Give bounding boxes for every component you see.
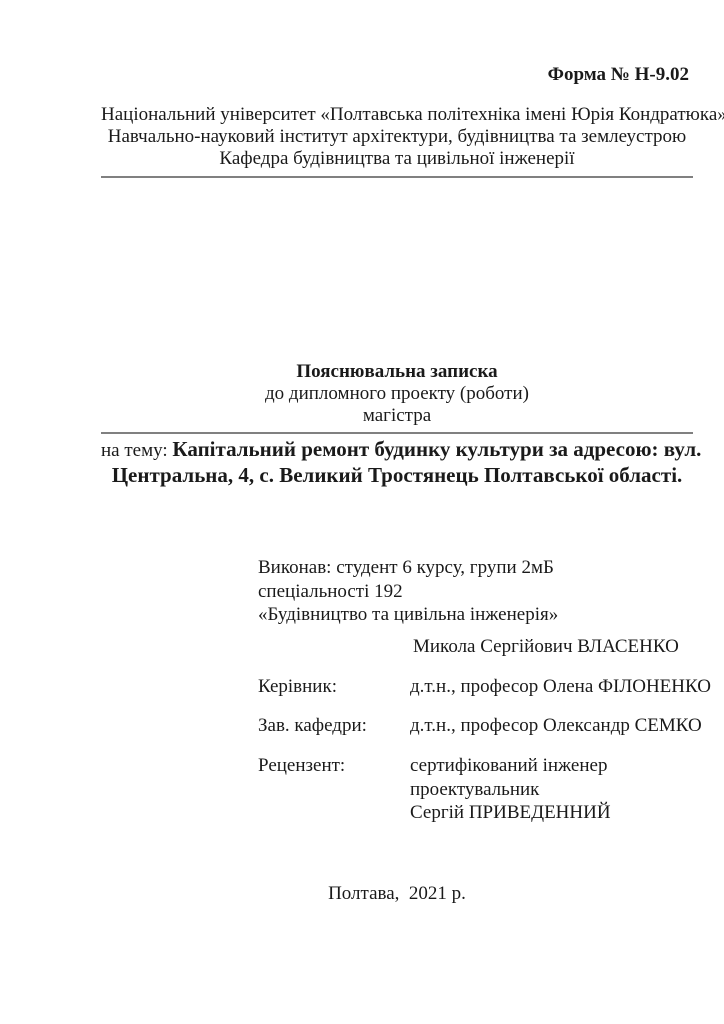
topic-title-part-1: Капітальний ремонт будинку культури за а…	[172, 437, 701, 461]
place-and-year: Полтава, 2021 р.	[101, 883, 693, 905]
department-head-label: Зав. кафедри:	[258, 714, 410, 738]
reviewer-label: Рецензент:	[258, 754, 410, 778]
university-name: Національний університет «Полтавська пол…	[101, 104, 693, 126]
executor-line-3: «Будівництво та цивільна інженерія»	[258, 603, 558, 627]
department-head-value: д.т.н., професор Олександр СЕМКО	[410, 714, 702, 738]
executor-line-1: Виконав: студент 6 курсу, групи 2мБ	[258, 556, 558, 580]
supervisor-label: Керівник:	[258, 675, 410, 699]
student-name: Микола Сергійович ВЛАСЕНКО	[413, 636, 679, 658]
signatory-row-reviewer: Рецензент: сертифікований інженерпроекту…	[258, 754, 611, 825]
document-type-block: Пояснювальна записка до дипломного проек…	[101, 361, 693, 434]
supervisor-value: д.т.н., професор Олена ФІЛОНЕНКО	[410, 675, 711, 699]
topic-title-part-2: Центральна, 4, с. Великий Тростянець Пол…	[101, 463, 693, 488]
signatory-row-supervisor: Керівник: д.т.н., професор Олена ФІЛОНЕН…	[258, 675, 711, 699]
document-title-section: Пояснювальна записка до дипломного проек…	[101, 361, 693, 488]
institute-name: Навчально-науковий інститут архітектури,…	[101, 126, 693, 148]
executor-block: Виконав: студент 6 курсу, групи 2мБ спец…	[258, 556, 558, 627]
executor-line-2: спеціальності 192	[258, 580, 558, 604]
reviewer-value: сертифікований інженерпроектувальникСерг…	[410, 754, 611, 825]
topic-line-1: на тему: Капітальний ремонт будинку куль…	[101, 437, 693, 463]
document-subtype: до дипломного проекту (роботи)	[101, 383, 693, 405]
degree-level: магістра	[101, 405, 693, 427]
topic-block: на тему: Капітальний ремонт будинку куль…	[101, 434, 693, 488]
department-name: Кафедра будівництва та цивільної інженер…	[101, 148, 693, 170]
title-page: Форма № Н-9.02 Національний університет …	[0, 0, 724, 1024]
document-type: Пояснювальна записка	[101, 361, 693, 383]
form-number-label: Форма № Н-9.02	[548, 64, 689, 86]
signatory-row-department-head: Зав. кафедри: д.т.н., професор Олександр…	[258, 714, 702, 738]
topic-prefix: на тему:	[101, 440, 172, 461]
university-header: Національний університет «Полтавська пол…	[101, 104, 693, 178]
